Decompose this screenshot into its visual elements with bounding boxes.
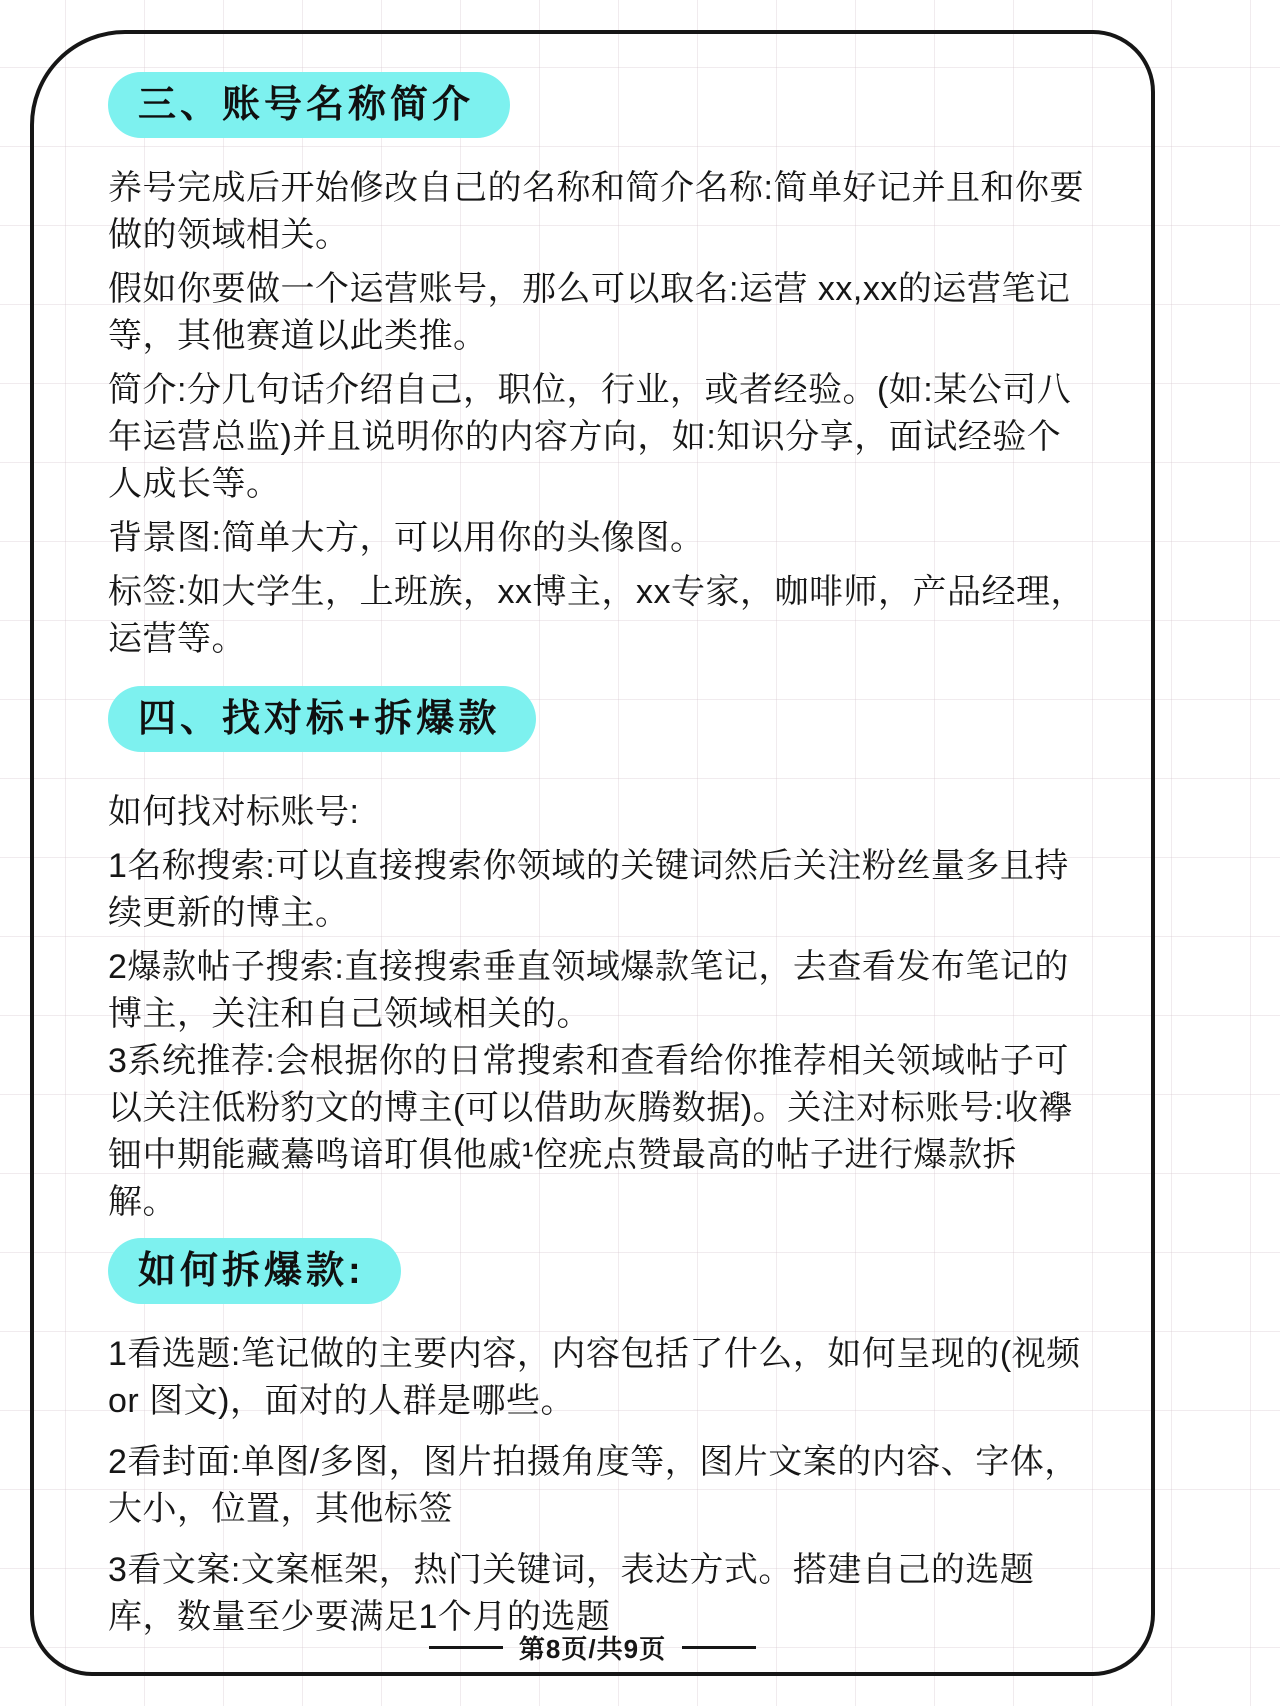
- paragraph: 3看文案:文案框架，热门关键词，表达方式。搭建自己的选题库，数量至少要满足1个月…: [108, 1547, 1085, 1641]
- footer-left-line: [429, 1646, 503, 1649]
- paragraph: 养号完成后开始修改自己的名称和简介名称:简单好记并且和你要做的领域相关。: [108, 165, 1085, 259]
- section-how-to-break-down: 如何拆爆款: 1看选题:笔记做的主要内容，内容包括了什么，如何呈现的(视频 or…: [108, 1226, 1085, 1641]
- paragraph: 标签:如大学生，上班族，xx博主，xx专家，咖啡师，产品经理，运营等。: [108, 569, 1085, 663]
- paragraph: 3系统推荐:会根据你的日常搜索和查看给你推荐相关领域帖子可以关注低粉豹文的博主(…: [108, 1038, 1085, 1226]
- paragraph: 1名称搜索:可以直接搜索你领域的关键词然后关注粉丝量多且持续更新的博主。: [108, 843, 1085, 937]
- page-border-frame: 三、账号名称简介 养号完成后开始修改自己的名称和简介名称:简单好记并且和你要做的…: [30, 30, 1155, 1676]
- paragraph: 2爆款帖子搜索:直接搜索垂直领域爆款笔记，去查看发布笔记的博主，关注和自己领域相…: [108, 944, 1085, 1038]
- page-background: 三、账号名称简介 养号完成后开始修改自己的名称和简介名称:简单好记并且和你要做的…: [0, 0, 1280, 1706]
- section-header-pill: 如何拆爆款:: [108, 1238, 401, 1304]
- page-number: 第8页/共9页: [519, 1629, 666, 1666]
- section-find-benchmark: 四、找对标+拆爆款 如何找对标账号: 1名称搜索:可以直接搜索你领域的关键词然后…: [108, 663, 1085, 1226]
- paragraph: 如何找对标账号:: [108, 789, 1085, 836]
- paragraph: 2看封面:单图/多图，图片拍摄角度等，图片文案的内容、字体，大小，位置，其他标签: [108, 1439, 1085, 1533]
- paragraph: 假如你要做一个运营账号，那么可以取名:运营 xx,xx的运营笔记等，其他赛道以此…: [108, 266, 1085, 360]
- section-account-name-intro: 三、账号名称简介 养号完成后开始修改自己的名称和简介名称:简单好记并且和你要做的…: [108, 72, 1085, 663]
- page-footer: 第8页/共9页: [34, 1629, 1151, 1666]
- paragraph: 简介:分几句话介绍自己，职位，行业，或者经验。(如:某公司八年运营总监)并且说明…: [108, 367, 1085, 508]
- paragraph: 背景图:简单大方，可以用你的头像图。: [108, 515, 1085, 562]
- paragraph: 1看选题:笔记做的主要内容，内容包括了什么，如何呈现的(视频 or 图文)，面对…: [108, 1331, 1085, 1425]
- section-header-pill: 四、找对标+拆爆款: [108, 686, 536, 752]
- section-header-pill: 三、账号名称简介: [108, 72, 510, 138]
- footer-right-line: [682, 1646, 756, 1649]
